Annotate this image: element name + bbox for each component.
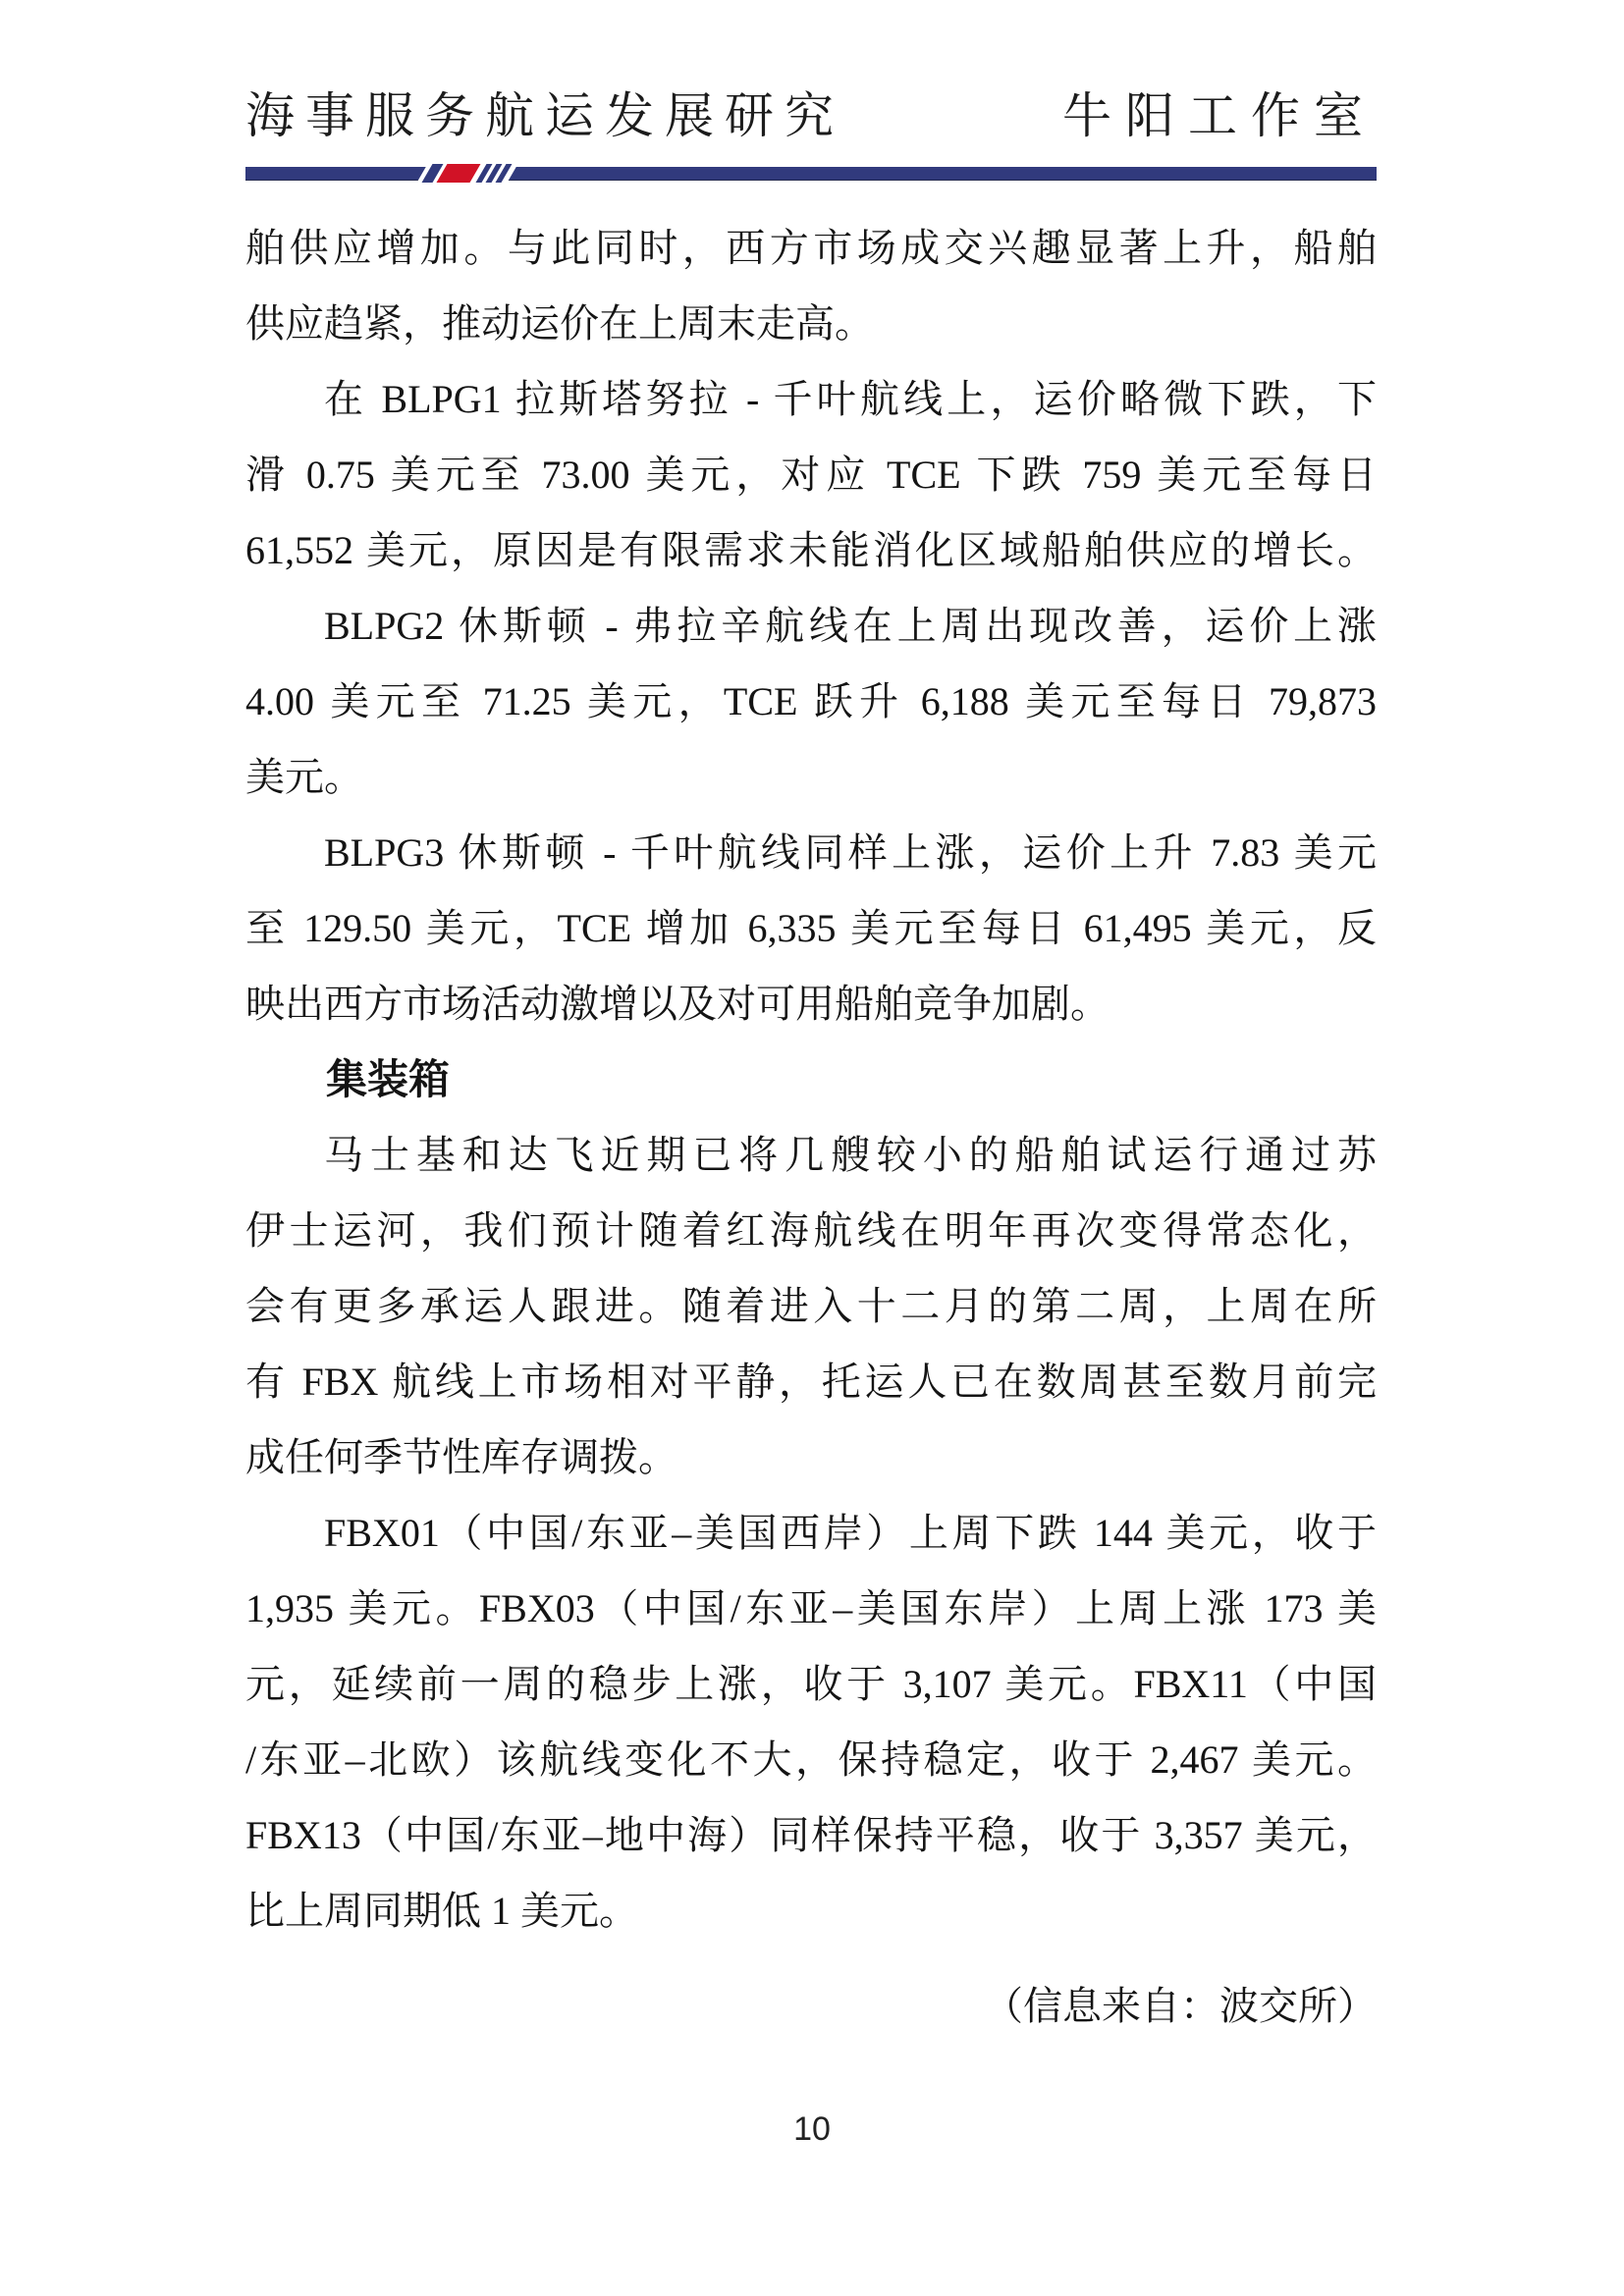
body-text-line: /东亚–北欧）该航线变化不大，保持稳定，收于 2,467 美元。 [245, 1722, 1377, 1797]
body-text-line: 有 FBX 航线上市场相对平静，托运人已在数周甚至数月前完 [245, 1344, 1377, 1419]
body-text-line: 1,935 美元。FBX03（中国/东亚–美国东岸）上周上涨 173 美 [245, 1571, 1377, 1646]
masthead: 海事服务航运发展研究 牛阳工作室 [245, 54, 1377, 147]
header-rule-bar [245, 167, 1377, 181]
body-text-line: 元，延续前一周的稳步上涨，收于 3,107 美元。FBX11（中国 [245, 1646, 1377, 1722]
header-rule-decoration [417, 164, 518, 183]
decoration-red-block [437, 164, 481, 183]
section-heading-containers: 集装箱 [245, 1041, 1377, 1117]
body-text-line: FBX13（中国/东亚–地中海）同样保持平稳，收于 3,357 美元， [245, 1797, 1377, 1873]
body-text-line: 成任何季节性库存调拨。 [245, 1419, 1377, 1495]
body-text-line: BLPG3 休斯顿 - 千叶航线同样上涨，运价上升 7.83 美元 [245, 815, 1377, 890]
body-text-line: 4.00 美元至 71.25 美元，TCE 跃升 6,188 美元至每日 79,… [245, 664, 1377, 739]
masthead-studio-name: 牛阳工作室 [1062, 77, 1377, 147]
body-text-line: 比上周同期低 1 美元。 [245, 1873, 1377, 1949]
body-text-line: 61,552 美元，原因是有限需求未能消化区域船舶供应的增长。 [245, 512, 1377, 588]
body-text-line: 滑 0.75 美元至 73.00 美元，对应 TCE 下跌 759 美元至每日 [245, 437, 1377, 512]
body-text-line: 至 129.50 美元，TCE 增加 6,335 美元至每日 61,495 美元… [245, 890, 1377, 966]
body-text-line: BLPG2 休斯顿 - 弗拉辛航线在上周出现改善，运价上涨 [245, 588, 1377, 664]
document-page: 海事服务航运发展研究 牛阳工作室 舶供应增加。与此同时，西方市场成交兴趣显著上升… [0, 0, 1624, 2296]
body-text-line: 会有更多承运人跟进。随着进入十二月的第二周，上周在所 [245, 1268, 1377, 1344]
page-number: 10 [0, 2110, 1624, 2149]
body-text-line: 马士基和达飞近期已将几艘较小的船舶试运行通过苏 [245, 1117, 1377, 1193]
body-text-line: 舶供应增加。与此同时，西方市场成交兴趣显著上升，船舶 [245, 210, 1377, 286]
masthead-title: 海事服务航运发展研究 [245, 77, 844, 147]
body-text-line: 供应趋紧，推动运价在上周末走高。 [245, 286, 1377, 361]
source-attribution: （信息来自：波交所） [245, 1968, 1377, 2044]
body-text-line: 伊士运河，我们预计随着红海航线在明年再次变得常态化， [245, 1193, 1377, 1268]
body-text-line: 在 BLPG1 拉斯塔努拉 - 千叶航线上，运价略微下跌，下 [245, 361, 1377, 437]
body-text-line: 美元。 [245, 739, 1377, 815]
body-text-line: 映出西方市场活动激增以及对可用船舶竞争加剧。 [245, 966, 1377, 1041]
body-text-line: FBX01（中国/东亚–美国西岸）上周下跌 144 美元，收于 [245, 1495, 1377, 1571]
document-body: 舶供应增加。与此同时，西方市场成交兴趣显著上升，船舶 供应趋紧，推动运价在上周末… [245, 210, 1377, 2044]
